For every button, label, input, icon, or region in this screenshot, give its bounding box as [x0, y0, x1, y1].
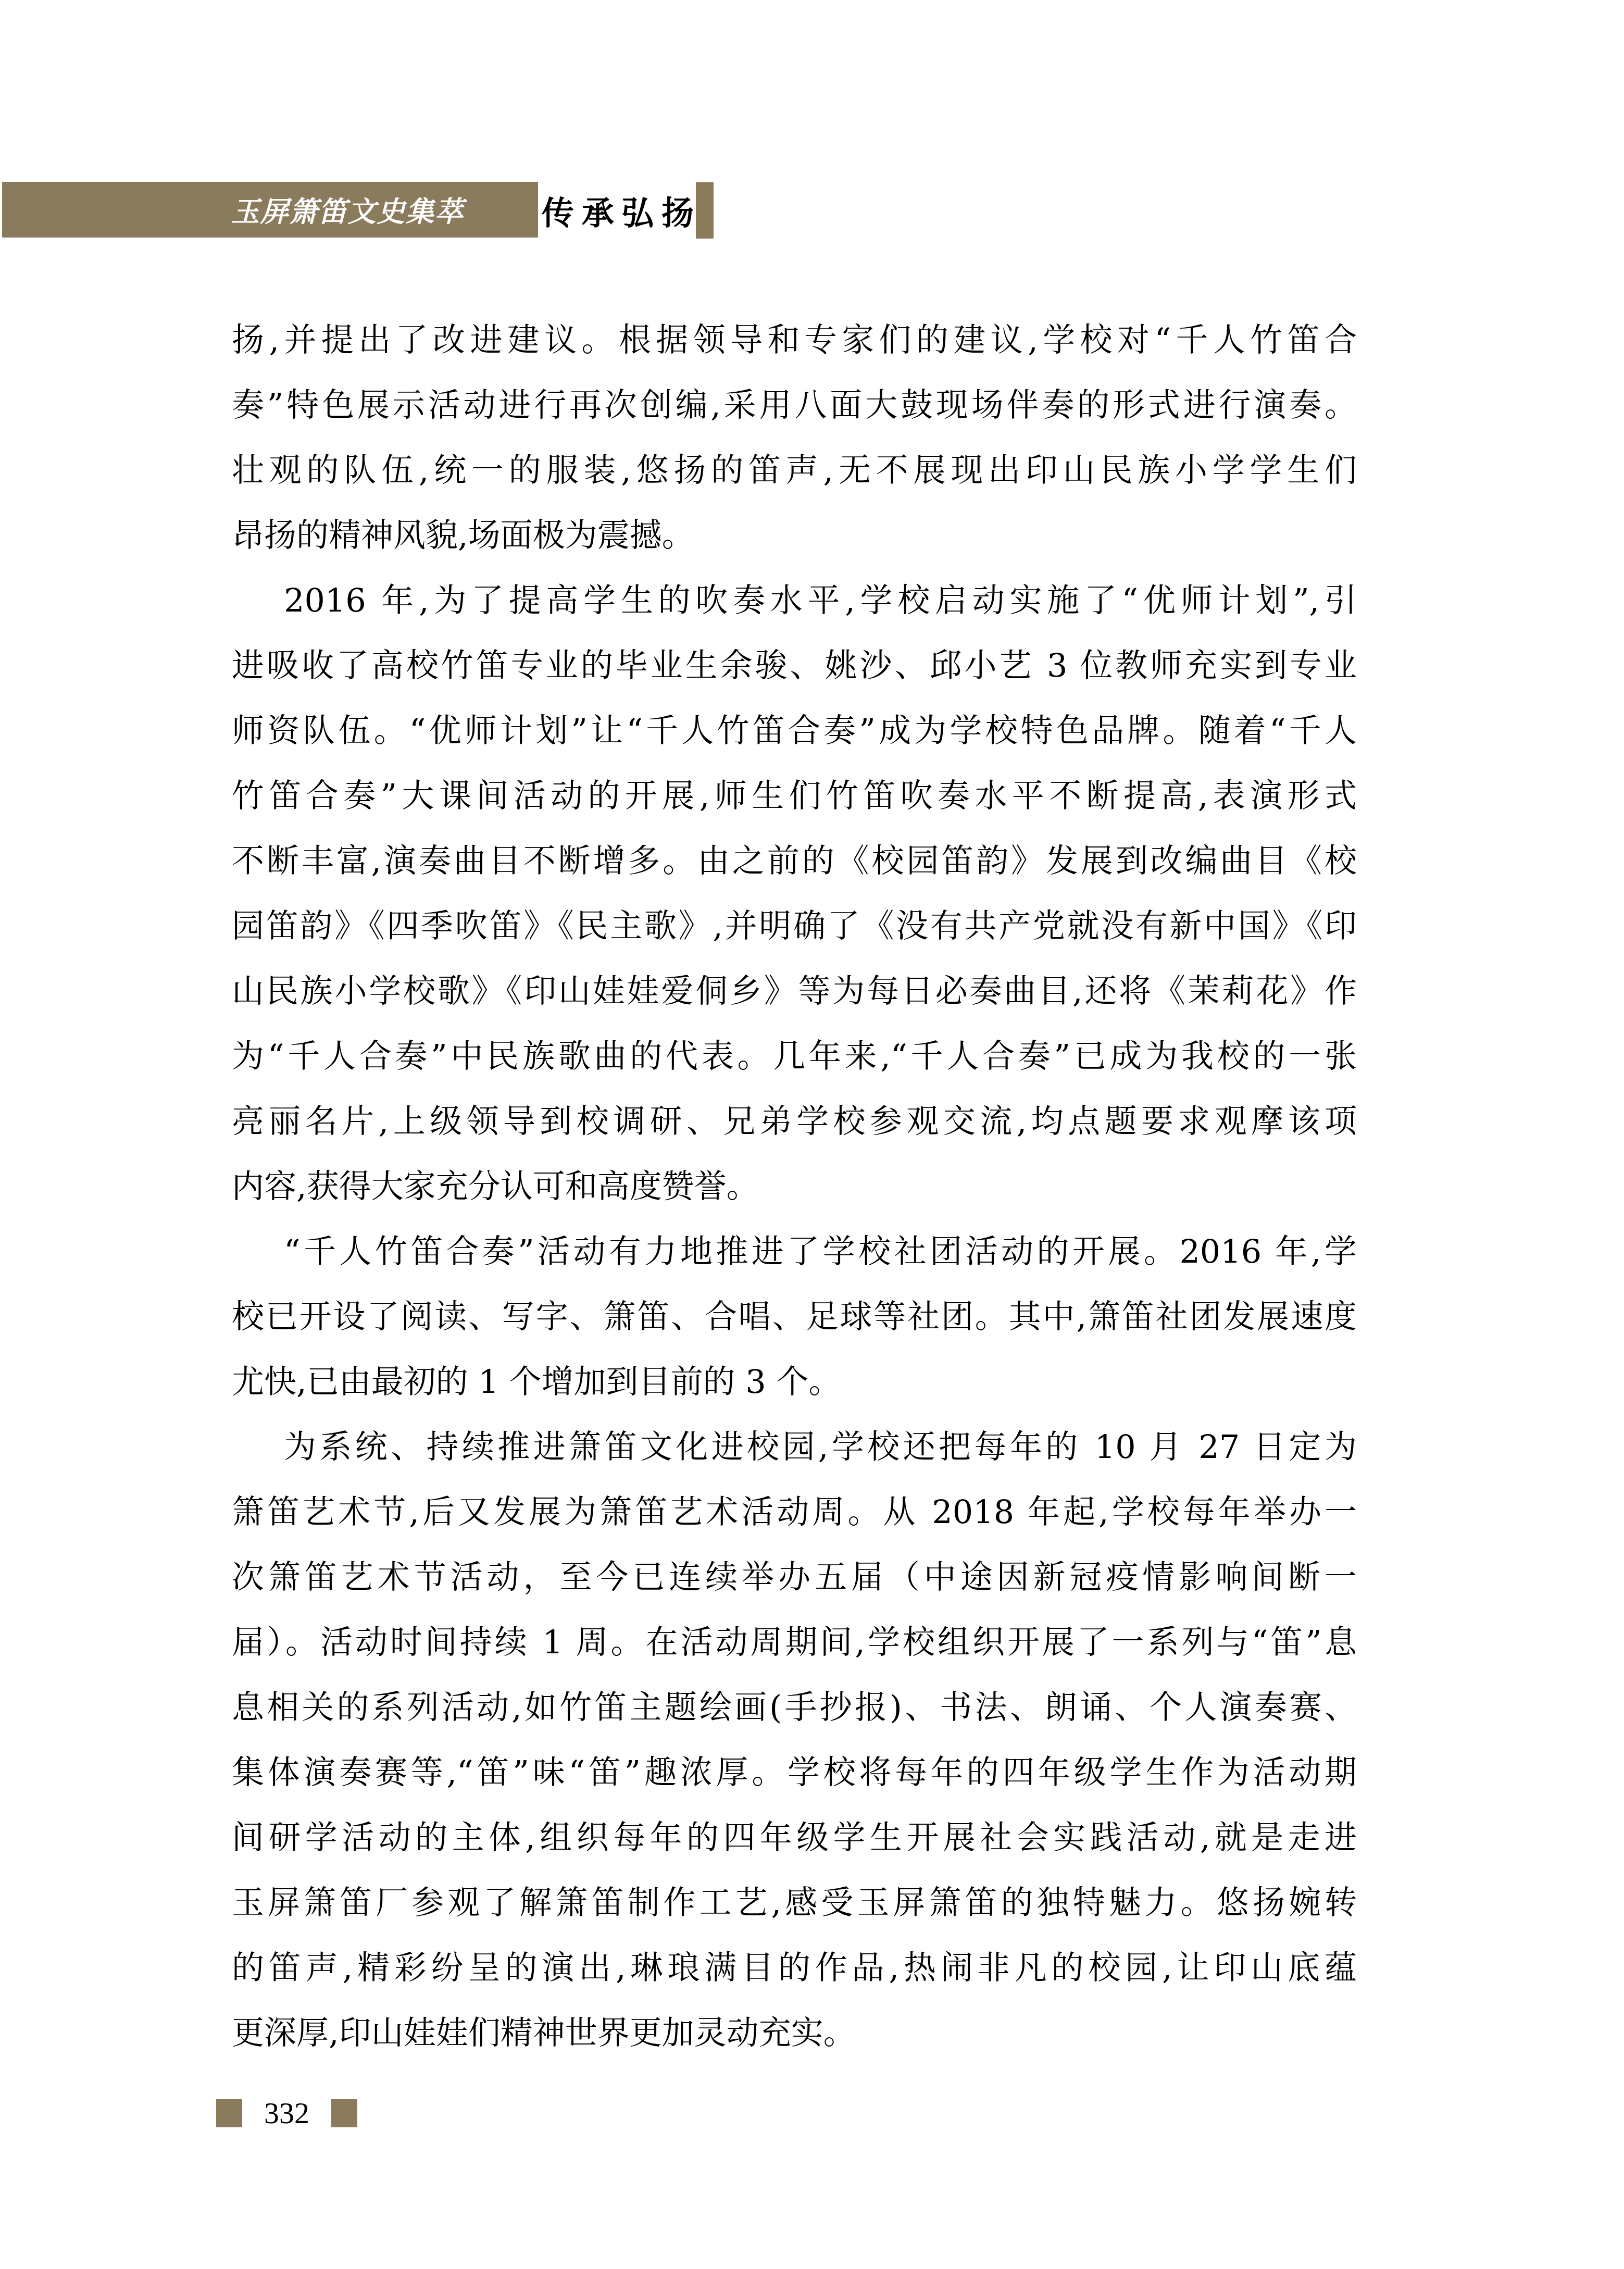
text-line: 的笛声,精彩纷呈的演出,琳琅满目的作品,热闹非凡的校园,让印山底蕴	[232, 1935, 1357, 2000]
book-title-char: 萃	[435, 190, 463, 230]
text-line: 为系统、持续推进箫笛文化进校园,学校还把每年的 10 月 27 日定为	[232, 1414, 1357, 1479]
text-line: 集体演奏赛等,“笛”味“笛”趣浓厚。学校将每年的四年级学生作为活动期	[232, 1740, 1357, 1805]
section-title: 传 承 弘 扬	[542, 183, 694, 238]
page-number: 332	[253, 2095, 321, 2131]
text-line: 亮丽名片,上级领导到校调研、兄弟学校参观交流,均点题要求观摩该项	[232, 1089, 1357, 1154]
book-title-char: 史	[377, 190, 405, 230]
book-title-calligraphy: 玉 屏 箫 笛 文 史 集 萃	[231, 182, 463, 238]
text-line: 内容,获得大家充分认可和高度赞誉。	[232, 1154, 1357, 1219]
book-title-char: 箫	[290, 190, 318, 230]
page-number-left-square	[216, 2099, 242, 2127]
text-line: 为“千人合奏”中民族歌曲的代表。几年来,“千人合奏”已成为我校的一张	[232, 1024, 1357, 1089]
text-line: 山民族小学校歌》《印山娃娃爱侗乡》等为每日必奏曲目,还将《茉莉花》作	[232, 958, 1357, 1024]
text-line: 昂扬的精神风貌,场面极为震撼。	[232, 503, 1357, 568]
text-line: 玉屏箫笛厂参观了解箫笛制作工艺,感受玉屏箫笛的独特魅力。悠扬婉转	[232, 1870, 1357, 1935]
section-title-char: 承	[582, 188, 614, 234]
text-line: 扬,并提出了改进建议。根据领导和专家们的建议,学校对“千人竹笛合	[232, 307, 1357, 372]
text-line: 不断丰富,演奏曲目不断增多。由之前的《校园笛韵》发展到改编曲目《校	[232, 828, 1357, 893]
text-line: “千人竹笛合奏”活动有力地推进了学校社团活动的开展。2016 年,学	[232, 1219, 1357, 1284]
text-line: 园笛韵》《四季吹笛》《民主歌》,并明确了《没有共产党就没有新中国》《印	[232, 893, 1357, 958]
body-text: 扬,并提出了改进建议。根据领导和专家们的建议,学校对“千人竹笛合 奏”特色展示活…	[232, 307, 1357, 2065]
book-title-char: 集	[406, 190, 434, 230]
text-line: 尤快,已由最初的 1 个增加到目前的 3 个。	[232, 1349, 1357, 1414]
text-line: 息相关的系列活动,如竹笛主题绘画(手抄报)、书法、朗诵、个人演奏赛、	[232, 1675, 1357, 1740]
text-line: 箫笛艺术节,后又发展为箫笛艺术活动周。从 2018 年起,学校每年举办一	[232, 1479, 1357, 1544]
page-footer: 332	[216, 2099, 357, 2127]
section-title-char: 弘	[621, 188, 654, 234]
text-line: 届）。活动时间持续 1 周。在活动周期间,学校组织开展了一系列与“笛”息	[232, 1610, 1357, 1675]
text-line: 2016 年,为了提高学生的吹奏水平,学校启动实施了“优师计划”,引	[232, 568, 1357, 633]
header-accent-bar	[696, 182, 714, 239]
page-number-right-square	[331, 2099, 357, 2127]
text-line: 奏”特色展示活动进行再次创编,采用八面大鼓现场伴奏的形式进行演奏。	[232, 372, 1357, 438]
section-title-char: 扬	[661, 188, 694, 234]
text-line: 校已开设了阅读、写字、箫笛、合唱、足球等社团。其中,箫笛社团发展速度	[232, 1284, 1357, 1349]
running-header-band: 玉 屏 箫 笛 文 史 集 萃	[2, 182, 538, 238]
book-title-char: 笛	[319, 190, 347, 230]
text-line: 进吸收了高校竹笛专业的毕业生余骏、姚沙、邱小艺 3 位教师充实到专业	[232, 633, 1357, 698]
book-title-char: 文	[347, 190, 376, 230]
text-line: 竹笛合奏”大课间活动的开展,师生们竹笛吹奏水平不断提高,表演形式	[232, 763, 1357, 828]
text-line: 间研学活动的主体,组织每年的四年级学生开展社会实践活动,就是走进	[232, 1805, 1357, 1870]
book-title-char: 玉	[231, 190, 259, 230]
book-title-char: 屏	[260, 190, 289, 230]
text-line: 次箫笛艺术节活动，至今已连续举办五届（中途因新冠疫情影响间断一	[232, 1544, 1357, 1610]
text-line: 壮观的队伍,统一的服装,悠扬的笛声,无不展现出印山民族小学学生们	[232, 438, 1357, 503]
text-line: 师资队伍。“优师计划”让“千人竹笛合奏”成为学校特色品牌。随着“千人	[232, 698, 1357, 763]
section-title-char: 传	[542, 188, 574, 234]
text-line: 更深厚,印山娃娃们精神世界更加灵动充实。	[232, 2000, 1357, 2065]
